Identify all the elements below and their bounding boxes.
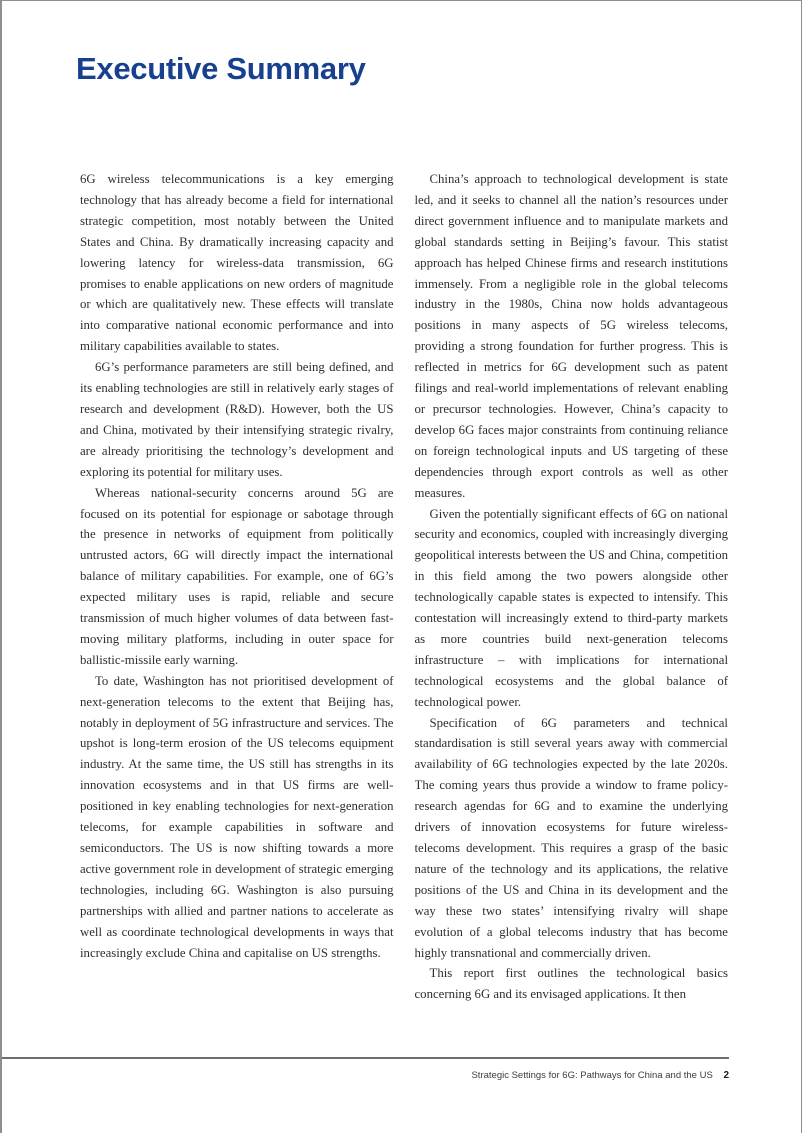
- body-columns: 6G wireless telecommunications is a key …: [80, 169, 728, 1005]
- paragraph: To date, Washington has not prioritised …: [80, 671, 394, 964]
- paragraph: 6G’s performance parameters are still be…: [80, 357, 394, 482]
- document-page: Executive Summary 6G wireless telecommun…: [0, 0, 802, 1133]
- footer-rule: [2, 1057, 729, 1059]
- left-column: 6G wireless telecommunications is a key …: [80, 169, 394, 1005]
- page-footer: Strategic Settings for 6G: Pathways for …: [2, 1070, 729, 1081]
- paragraph: Given the potentially significant effect…: [415, 504, 729, 713]
- right-column: China’s approach to technological develo…: [415, 169, 729, 1005]
- footer-text: Strategic Settings for 6G: Pathways for …: [471, 1070, 712, 1081]
- paragraph: This report first outlines the technolog…: [415, 963, 729, 1005]
- paragraph: Whereas national-security concerns aroun…: [80, 483, 394, 671]
- page-title: Executive Summary: [76, 51, 366, 87]
- page-number: 2: [723, 1070, 729, 1081]
- paragraph: China’s approach to technological develo…: [415, 169, 729, 504]
- paragraph: 6G wireless telecommunications is a key …: [80, 169, 394, 357]
- paragraph: Specification of 6G parameters and techn…: [415, 713, 729, 964]
